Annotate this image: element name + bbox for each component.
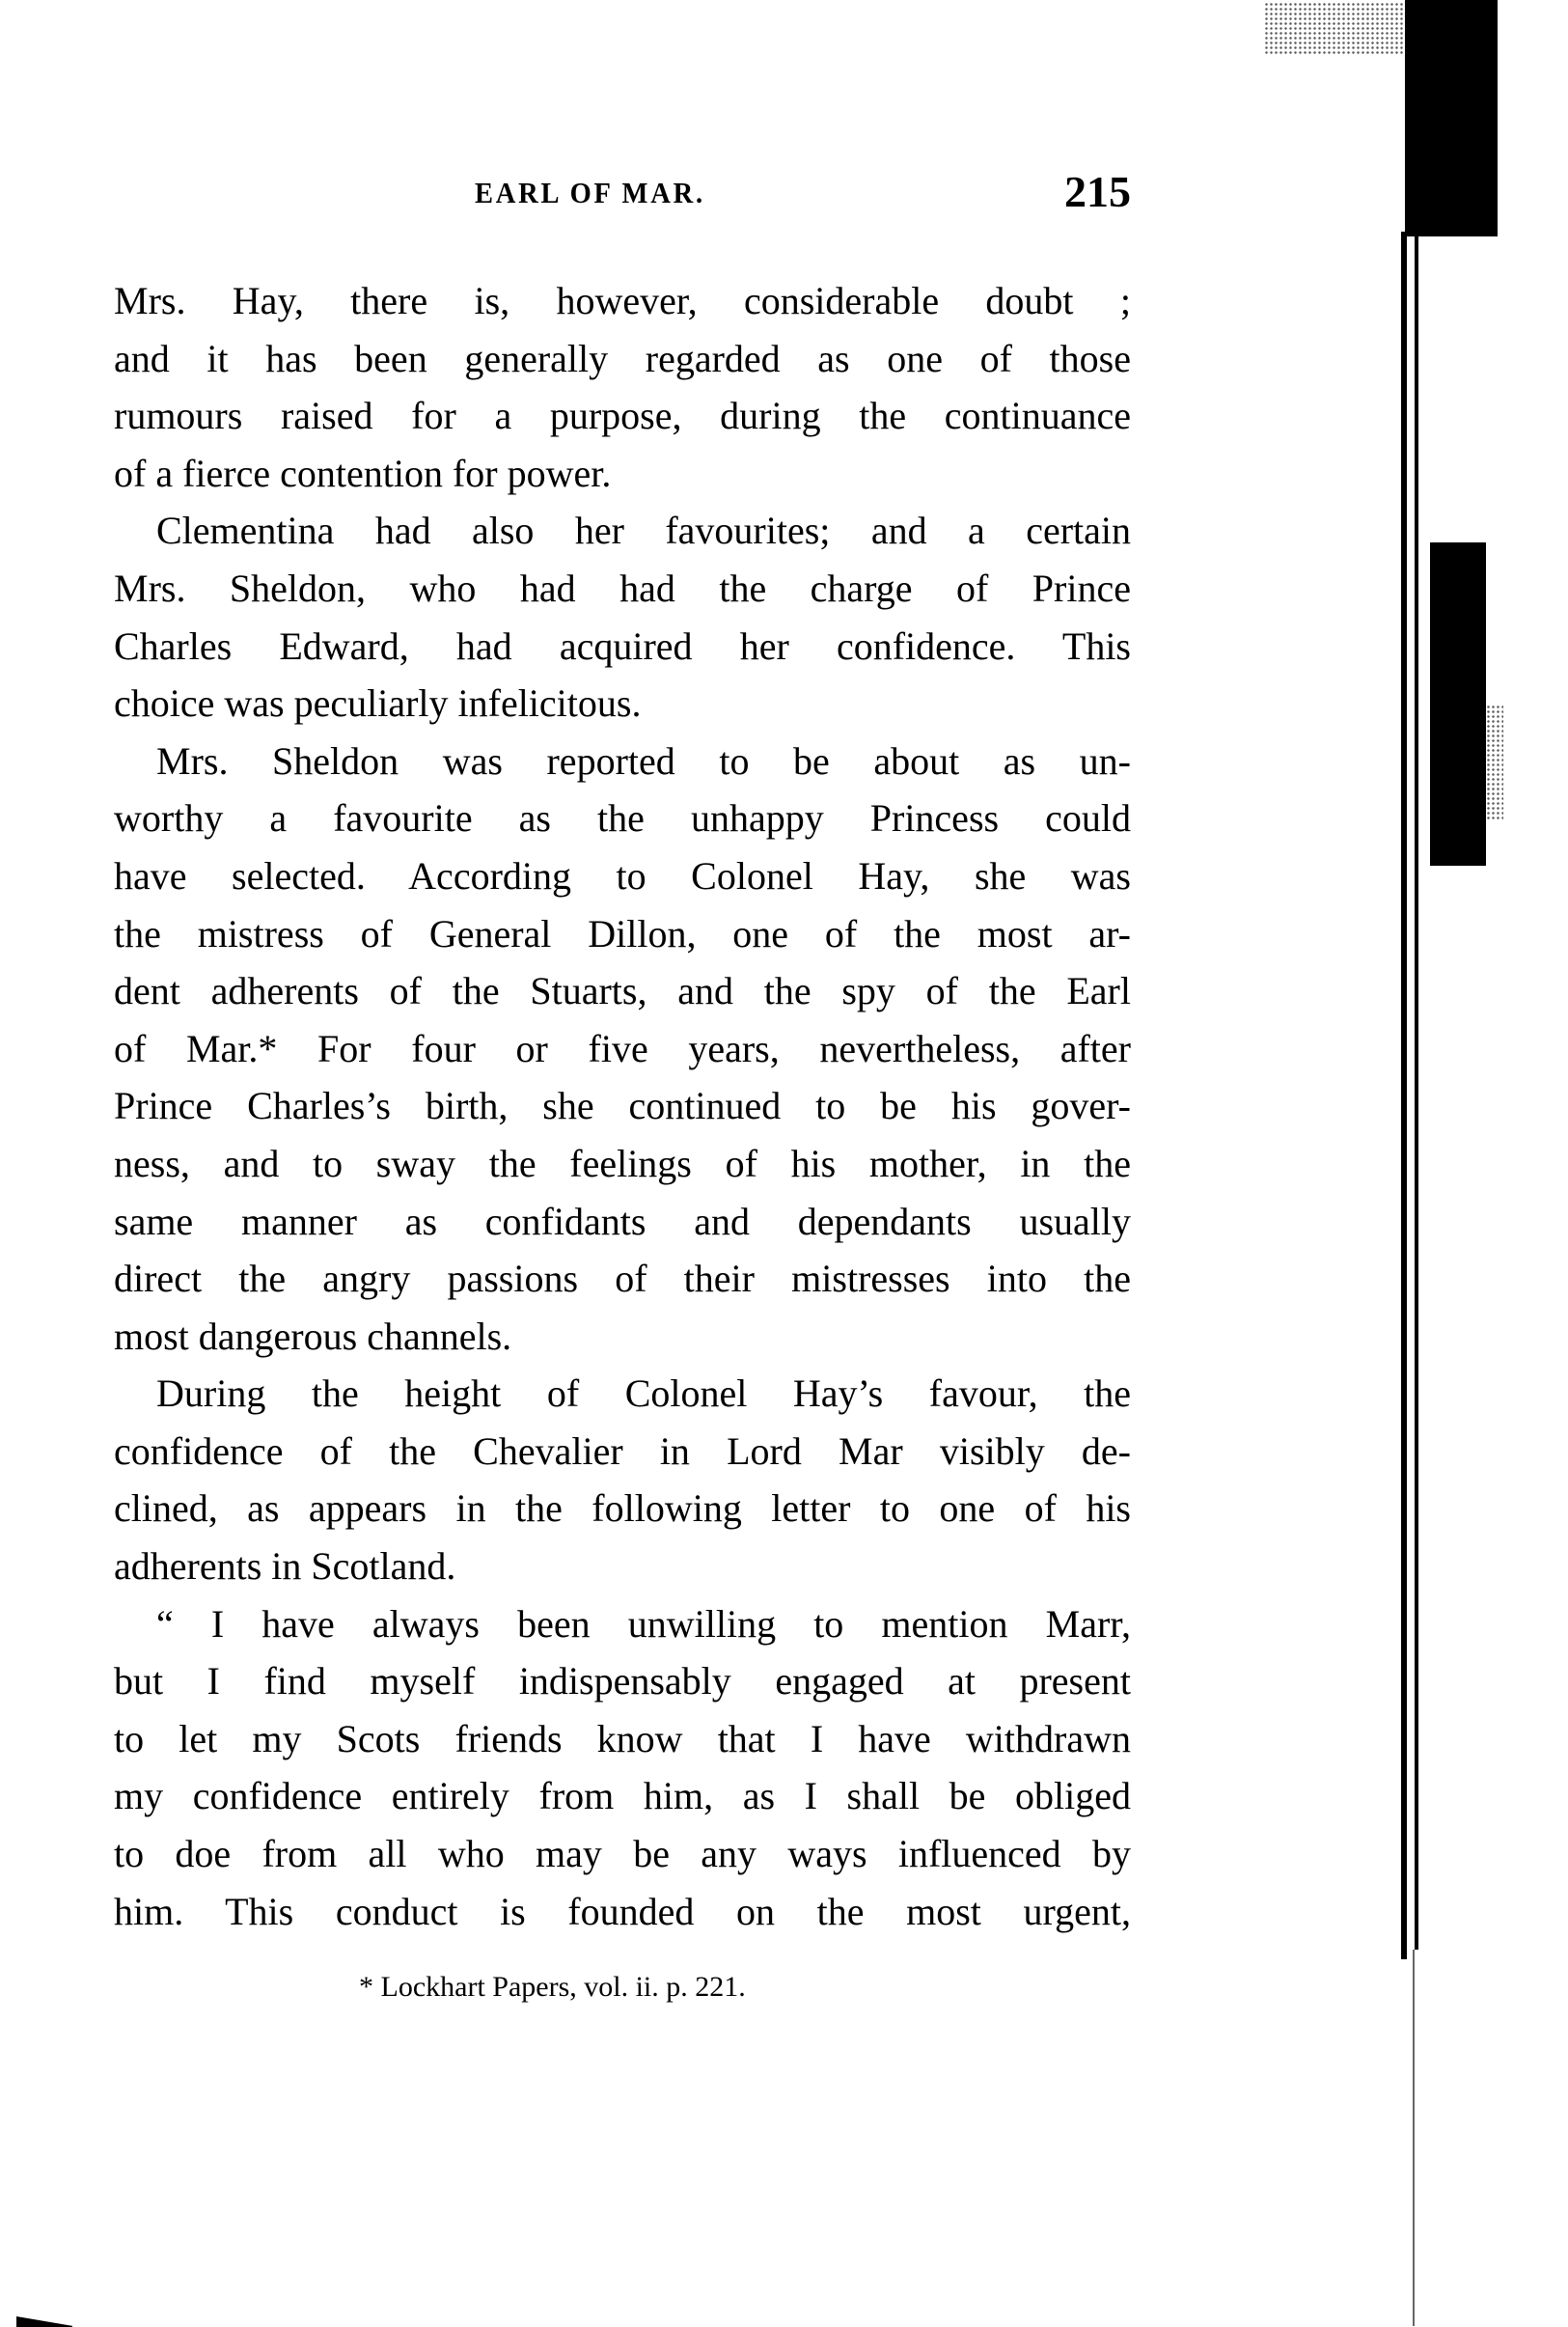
binding-shadow-top [1405, 0, 1498, 236]
binding-shadow-middle [1430, 542, 1486, 866]
text-line: the mistress of General Dillon, one of t… [114, 905, 1131, 963]
text-line: dent adherents of the Stuarts, and the s… [114, 962, 1131, 1020]
book-page: EARL OF MAR. 215 Mrs. Hay, there is, how… [0, 0, 1568, 2327]
scan-edge-mark [16, 2316, 72, 2327]
text-line: same manner as confidants and dependants… [114, 1193, 1131, 1251]
text-line: worthy a favourite as the unhappy Prince… [114, 790, 1131, 847]
running-head: EARL OF MAR. 215 [116, 166, 1131, 224]
text-line: clined, as appears in the following lett… [114, 1480, 1131, 1537]
text-line: ness, and to sway the feelings of his mo… [114, 1135, 1131, 1193]
text-line: Mrs. Hay, there is, however, considerabl… [114, 272, 1131, 330]
body-text: Mrs. Hay, there is, however, considerabl… [114, 272, 1131, 1940]
running-title: EARL OF MAR. [475, 176, 705, 210]
text-line: Prince Charles’s birth, she continued to… [114, 1077, 1131, 1135]
text-line: have selected. According to Colonel Hay,… [114, 847, 1131, 905]
text-line: Mrs. Sheldon, who had had the charge of … [114, 560, 1131, 618]
text-line: adherents in Scotland. [114, 1537, 1131, 1595]
page-number: 215 [1064, 166, 1131, 217]
text-line: to doe from all who may be any ways infl… [114, 1825, 1131, 1883]
footnote: * Lockhart Papers, vol. ii. p. 221. [359, 1971, 746, 2004]
text-line: choice was peculiarly infelicitous. [114, 675, 1131, 733]
text-line: confidence of the Chevalier in Lord Mar … [114, 1423, 1131, 1481]
text-line: him. This conduct is founded on the most… [114, 1883, 1131, 1941]
binding-line-tail [1413, 1950, 1415, 2326]
text-line: my confidence entirely from him, as I sh… [114, 1767, 1131, 1825]
text-line: but I find myself indispensably engaged … [114, 1652, 1131, 1710]
text-line: “ I have always been unwilling to mentio… [114, 1595, 1131, 1653]
text-line: and it has been generally regarded as on… [114, 330, 1131, 388]
text-line: direct the angry passions of their mistr… [114, 1250, 1131, 1308]
text-line: During the height of Colonel Hay’s favou… [114, 1365, 1131, 1423]
text-line: Charles Edward, had acquired her confide… [114, 618, 1131, 676]
scan-speckle-top [1264, 2, 1409, 55]
text-line: most dangerous channels. [114, 1308, 1131, 1366]
text-line: Mrs. Sheldon was reported to be about as… [114, 733, 1131, 790]
scan-speckle-middle [1486, 705, 1503, 820]
text-line: Clementina had also her favourites; and … [114, 502, 1131, 560]
binding-line-outer [1401, 232, 1407, 1959]
text-line: rumours raised for a purpose, during the… [114, 387, 1131, 445]
text-line: of a fierce contention for power. [114, 445, 1131, 503]
binding-line-inner [1415, 232, 1418, 1950]
text-line: of Mar.* For four or five years, neverth… [114, 1020, 1131, 1078]
text-line: to let my Scots friends know that I have… [114, 1710, 1131, 1768]
